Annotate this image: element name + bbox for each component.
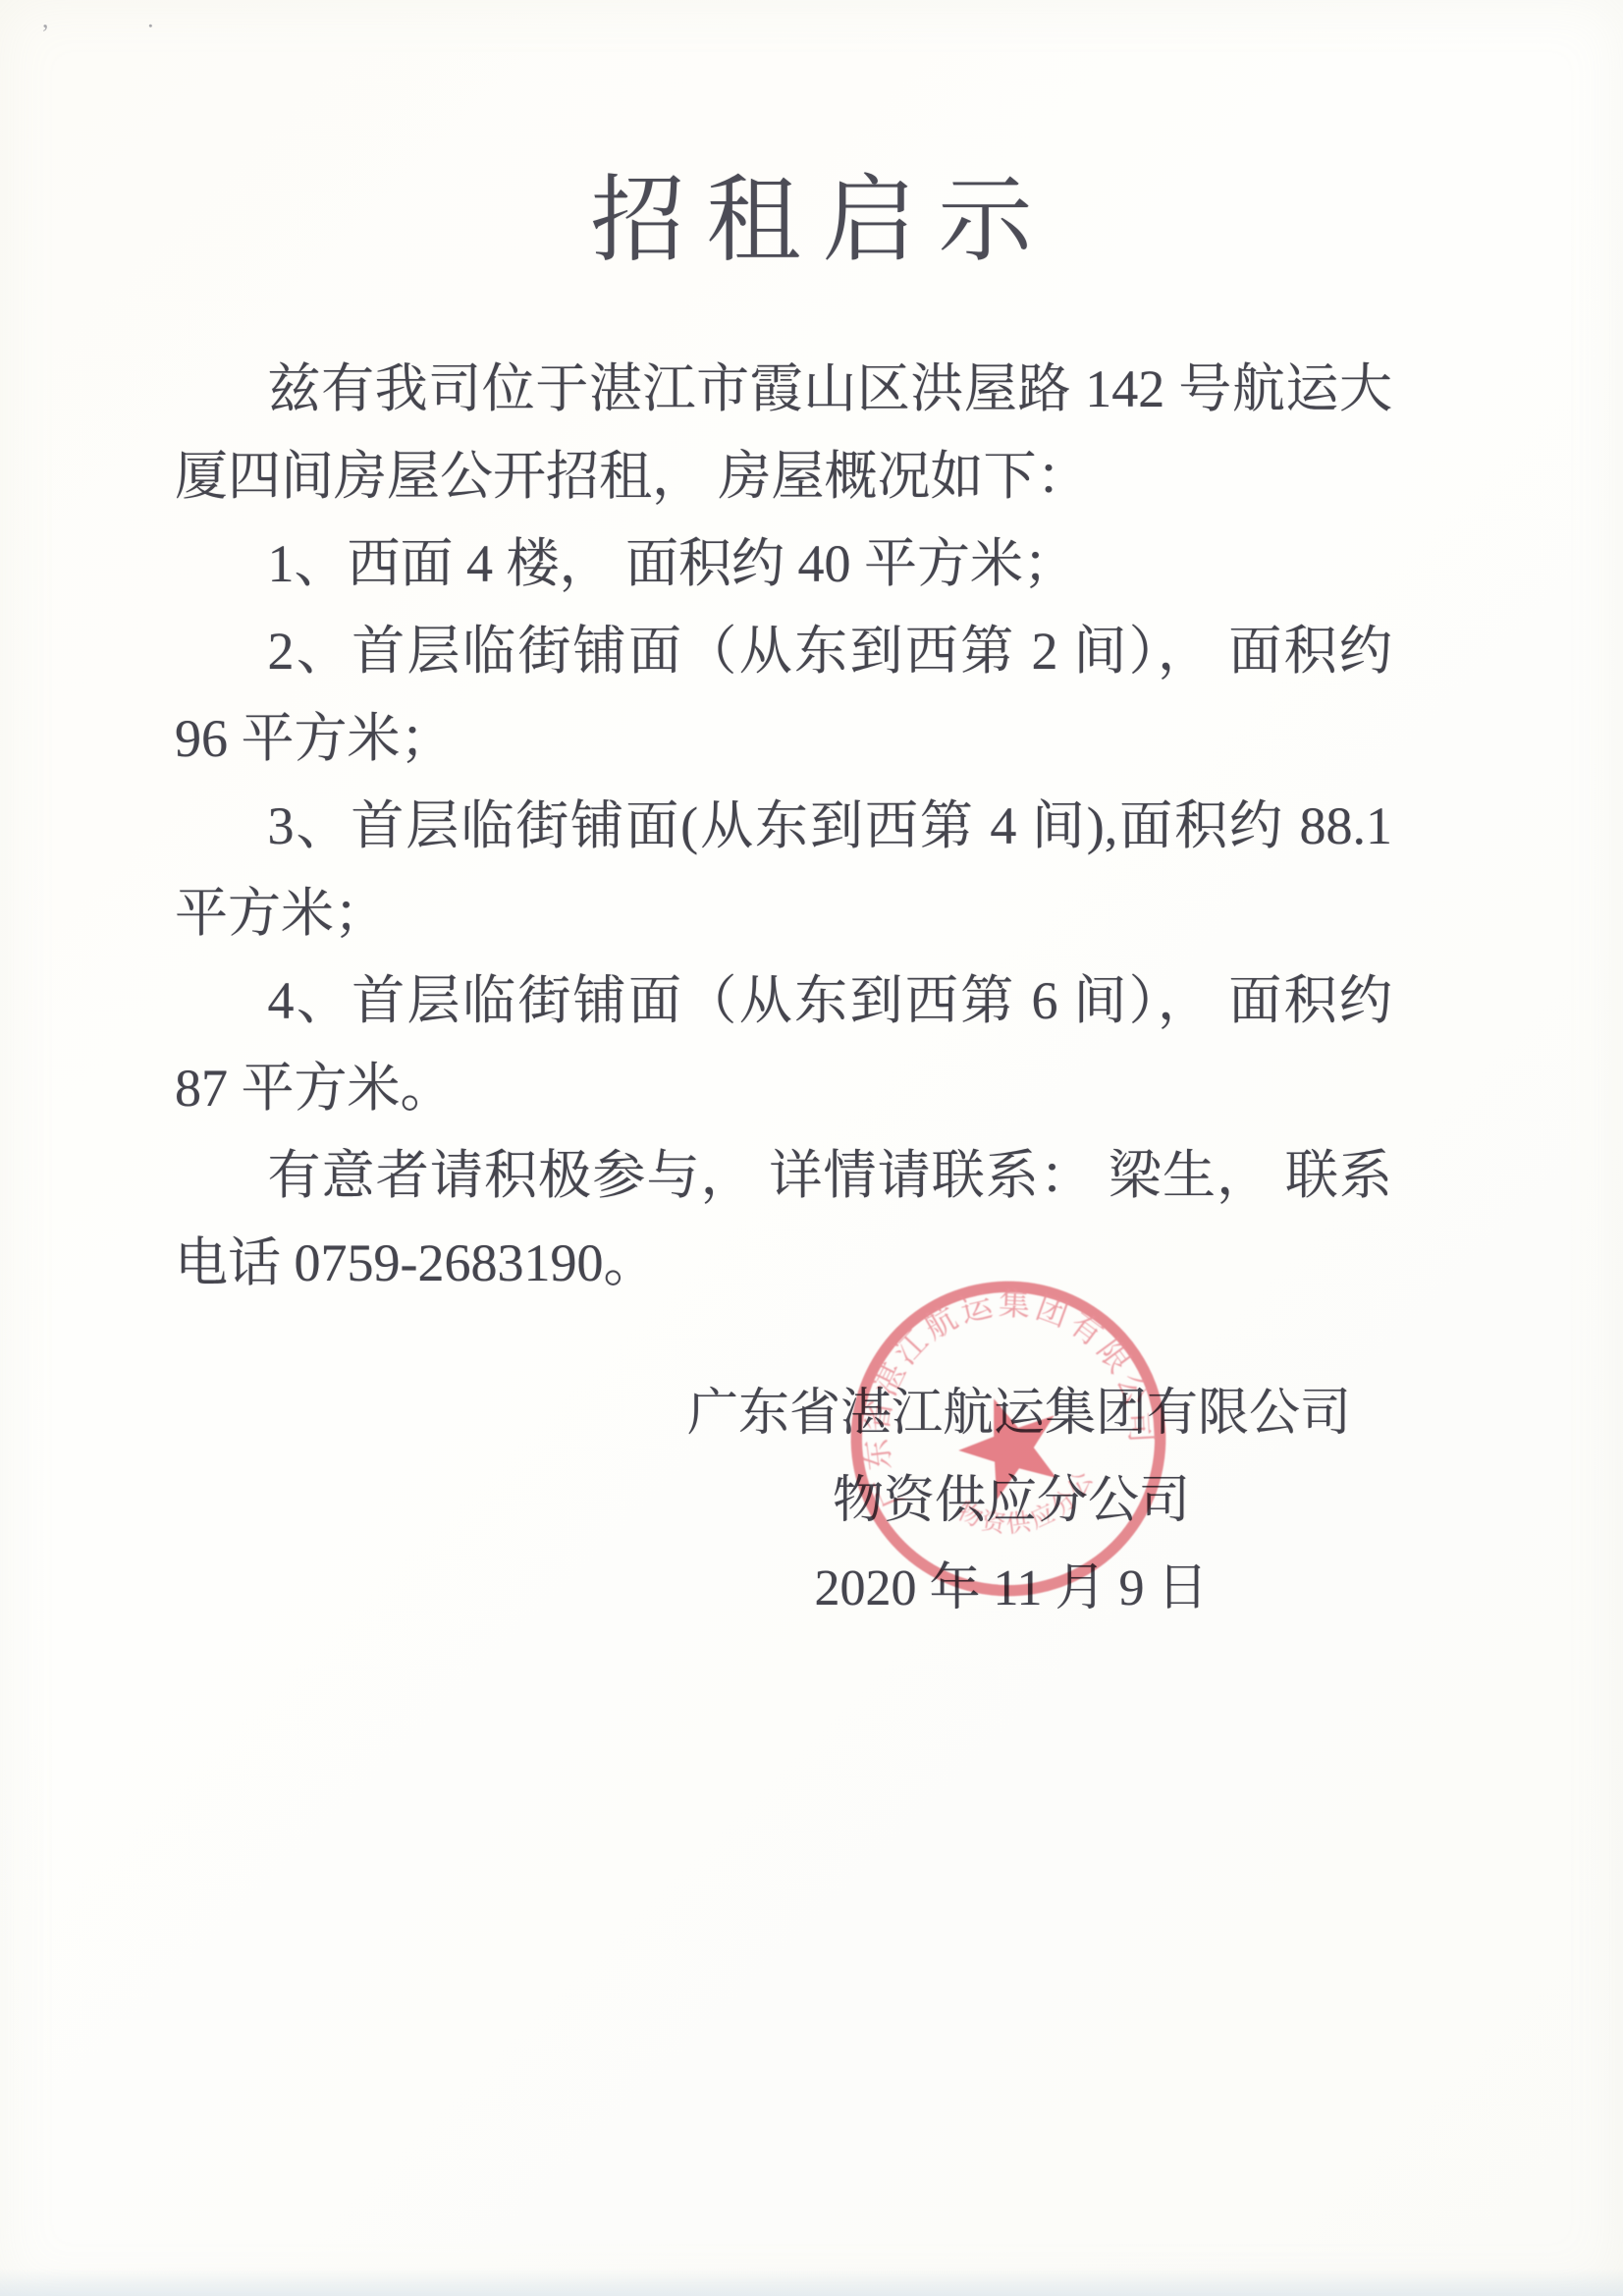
- paragraph-contact: 有意者请积极参与， 详情请联系： 梁生， 联系电话 0759-2683190。: [175, 1132, 1392, 1307]
- paragraph-item-2: 2、首层临街铺面（从东到西第 2 间）， 面积约 96 平方米；: [175, 608, 1392, 783]
- scan-edge-shadow: [0, 2269, 1623, 2296]
- scan-artifact-marks: ʼ ·: [40, 8, 201, 48]
- scanned-document-page: ʼ · 招租启示 兹有我司位于湛江市霞山区洪屋路 142 号航运大厦四间房屋公开…: [0, 0, 1623, 2296]
- document-body: 兹有我司位于湛江市霞山区洪屋路 142 号航运大厦四间房屋公开招租， 房屋概况如…: [175, 346, 1392, 1307]
- paragraph-item-3: 3、首层临街铺面(从东到西第 4 间),面积约 88.1 平方米；: [175, 783, 1392, 957]
- paragraph-item-1: 1、西面 4 楼， 面积约 40 平方米；: [175, 520, 1392, 608]
- paragraph-intro: 兹有我司位于湛江市霞山区洪屋路 142 号航运大厦四间房屋公开招租， 房屋概况如…: [175, 346, 1392, 520]
- official-seal: 广东省湛江航运集团有限公司 物资供应分公司: [816, 1246, 1200, 1630]
- paragraph-item-4: 4、首层临街铺面（从东到西第 6 间）， 面积约 87 平方米。: [175, 957, 1392, 1132]
- seal-star-icon: [947, 1382, 1075, 1506]
- page-title: 招租启示: [0, 145, 1623, 280]
